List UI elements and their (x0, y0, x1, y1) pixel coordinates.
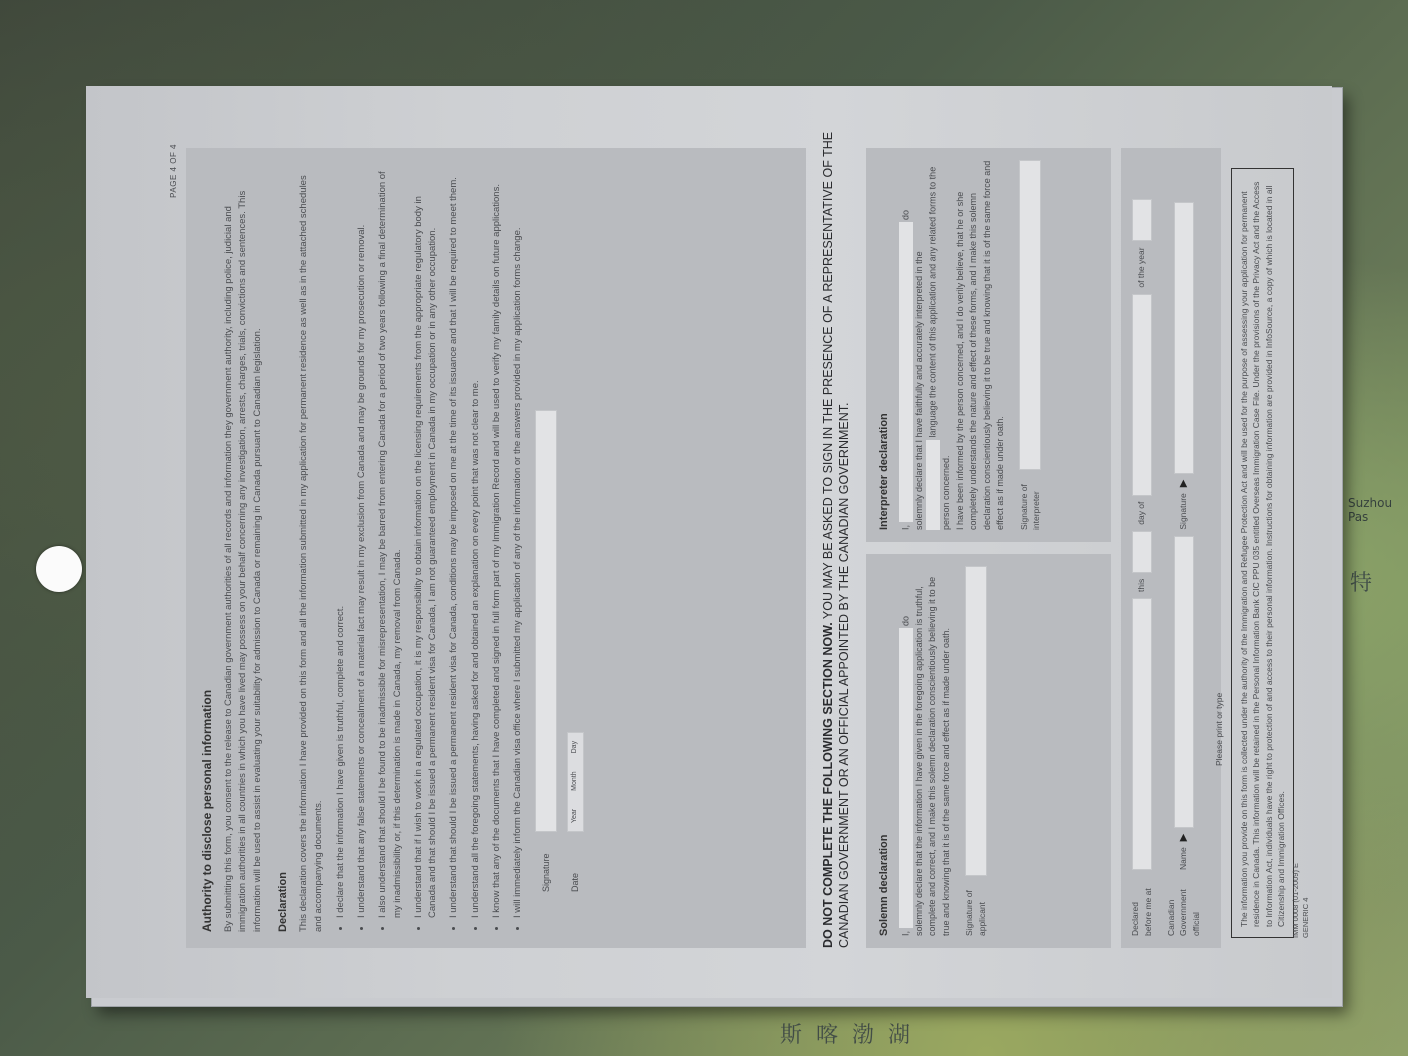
arrow-icon: ▶ (1176, 480, 1191, 488)
solemn-lead: I, (900, 931, 910, 936)
applicant-signature-row: Signature of applicant (963, 566, 989, 936)
date-month: Month (570, 771, 581, 790)
form-id: IMM 0008 (01-2009) E GENERIC 4 (1291, 863, 1311, 938)
interpreter-signature-label: Signature of interpreter (1018, 470, 1044, 530)
arrow-icon: ▶ (1176, 834, 1191, 842)
declaration-item: I also understand that should I be found… (376, 164, 405, 918)
signature-field[interactable] (535, 410, 557, 832)
declaration-date-row: Date Year Month Day (567, 164, 584, 892)
solemn-text: solemnly declare that the information I … (913, 566, 954, 936)
interpreter-name-field[interactable] (899, 222, 913, 522)
date-field[interactable]: Year Month Day (567, 732, 584, 832)
interpreter-signature-row: Signature of interpreter (1018, 160, 1044, 530)
declaration-list: I declare that the information I have gi… (334, 164, 526, 932)
interpreter-declaration: Interpreter declaration I, do solemnly d… (866, 148, 1111, 542)
official-row: Canadian Government official Name▶ Signa… (1165, 160, 1203, 936)
warning-bold: DO NOT COMPLETE THE FOLLOWING SECTION NO… (821, 622, 835, 948)
interpreter-signature-field[interactable] (1019, 160, 1041, 470)
form-page: PAGE 4 OF 4 Authority to disclose person… (86, 86, 1332, 998)
interpreter-text3: I have been informed by the person conce… (954, 160, 1008, 530)
declaration-item: I know that any of the documents that I … (490, 164, 504, 918)
solemn-do: do (900, 616, 910, 626)
day-field[interactable] (1132, 531, 1152, 573)
punch-hole (36, 546, 82, 592)
interpreter-text1: solemnly declare that I have faithfully … (914, 251, 924, 530)
language-field[interactable] (926, 440, 940, 530)
form-number: IMM 0008 (01-2009) E (1291, 863, 1301, 938)
declaration-signature-row: Signature (535, 164, 557, 892)
official-signature-label: Signature (1177, 493, 1190, 529)
declaration-item: I will immediately inform the Canadian v… (511, 164, 525, 918)
this-label: this (1135, 579, 1148, 592)
applicant-signature-field[interactable] (965, 566, 987, 876)
interpreter-do: do (900, 210, 910, 220)
document-page: PAGE 4 OF 4 Authority to disclose person… (86, 86, 1332, 998)
page-number: PAGE 4 OF 4 (168, 144, 180, 198)
authority-and-declaration-section: Authority to disclose personal informati… (186, 148, 806, 948)
form-version: GENERIC 4 (1301, 863, 1311, 938)
signature-label: Signature (540, 832, 554, 892)
authority-text: By submitting this form, you consent to … (222, 164, 265, 932)
day-of-label: day of (1135, 502, 1148, 525)
solemn-declaration: Solemn declaration I, do solemnly declar… (866, 554, 1111, 948)
place-field[interactable] (1132, 598, 1152, 870)
official-name-field[interactable] (1174, 536, 1194, 828)
name-label: Name (1177, 847, 1190, 870)
applicant-signature-label: Signature of applicant (963, 876, 989, 936)
date-label: Date (569, 832, 583, 892)
sworn-before-section: Declared before me at this day of of the… (1121, 148, 1221, 948)
year-field[interactable] (1132, 199, 1152, 241)
declared-before-row: Declared before me at this day of of the… (1129, 160, 1155, 936)
warning-notice: DO NOT COMPLETE THE FOLLOWING SECTION NO… (821, 128, 852, 948)
of-the-year-label: of the year (1135, 247, 1148, 287)
interpreter-lead: I, (900, 525, 910, 530)
solemn-name-field[interactable] (899, 628, 913, 928)
declaration-item: I understand that any false statements o… (355, 164, 369, 918)
map-label: 斯喀渤湖 (780, 1018, 924, 1049)
month-field[interactable] (1132, 294, 1152, 496)
declaration-item: I declare that the information I have gi… (334, 164, 348, 918)
declaration-item: I understand that should I be issued a p… (447, 164, 461, 918)
solemn-title: Solemn declaration (876, 566, 893, 936)
print-note: Please print or type (1213, 160, 1226, 766)
authority-title: Authority to disclose personal informati… (198, 164, 216, 932)
official-label: Canadian Government official (1165, 876, 1203, 936)
map-label: 特 (1350, 566, 1386, 597)
declaration-item: I understand all the foregoing statement… (469, 164, 483, 918)
declaration-intro: This declaration covers the information … (297, 164, 326, 932)
interpreter-title: Interpreter declaration (876, 160, 893, 530)
official-signature-field[interactable] (1174, 202, 1194, 474)
privacy-notice: The information you provide on this form… (1231, 168, 1294, 938)
declarations-row: Solemn declaration I, do solemnly declar… (866, 148, 1111, 948)
date-day: Day (570, 741, 581, 753)
declaration-item: I understand that if I wish to work in a… (412, 164, 441, 918)
declaration-title: Declaration (275, 164, 292, 932)
declared-before-label: Declared before me at (1129, 876, 1155, 936)
map-label: Suzhou Pas (1348, 496, 1408, 524)
date-year: Year (570, 809, 581, 823)
